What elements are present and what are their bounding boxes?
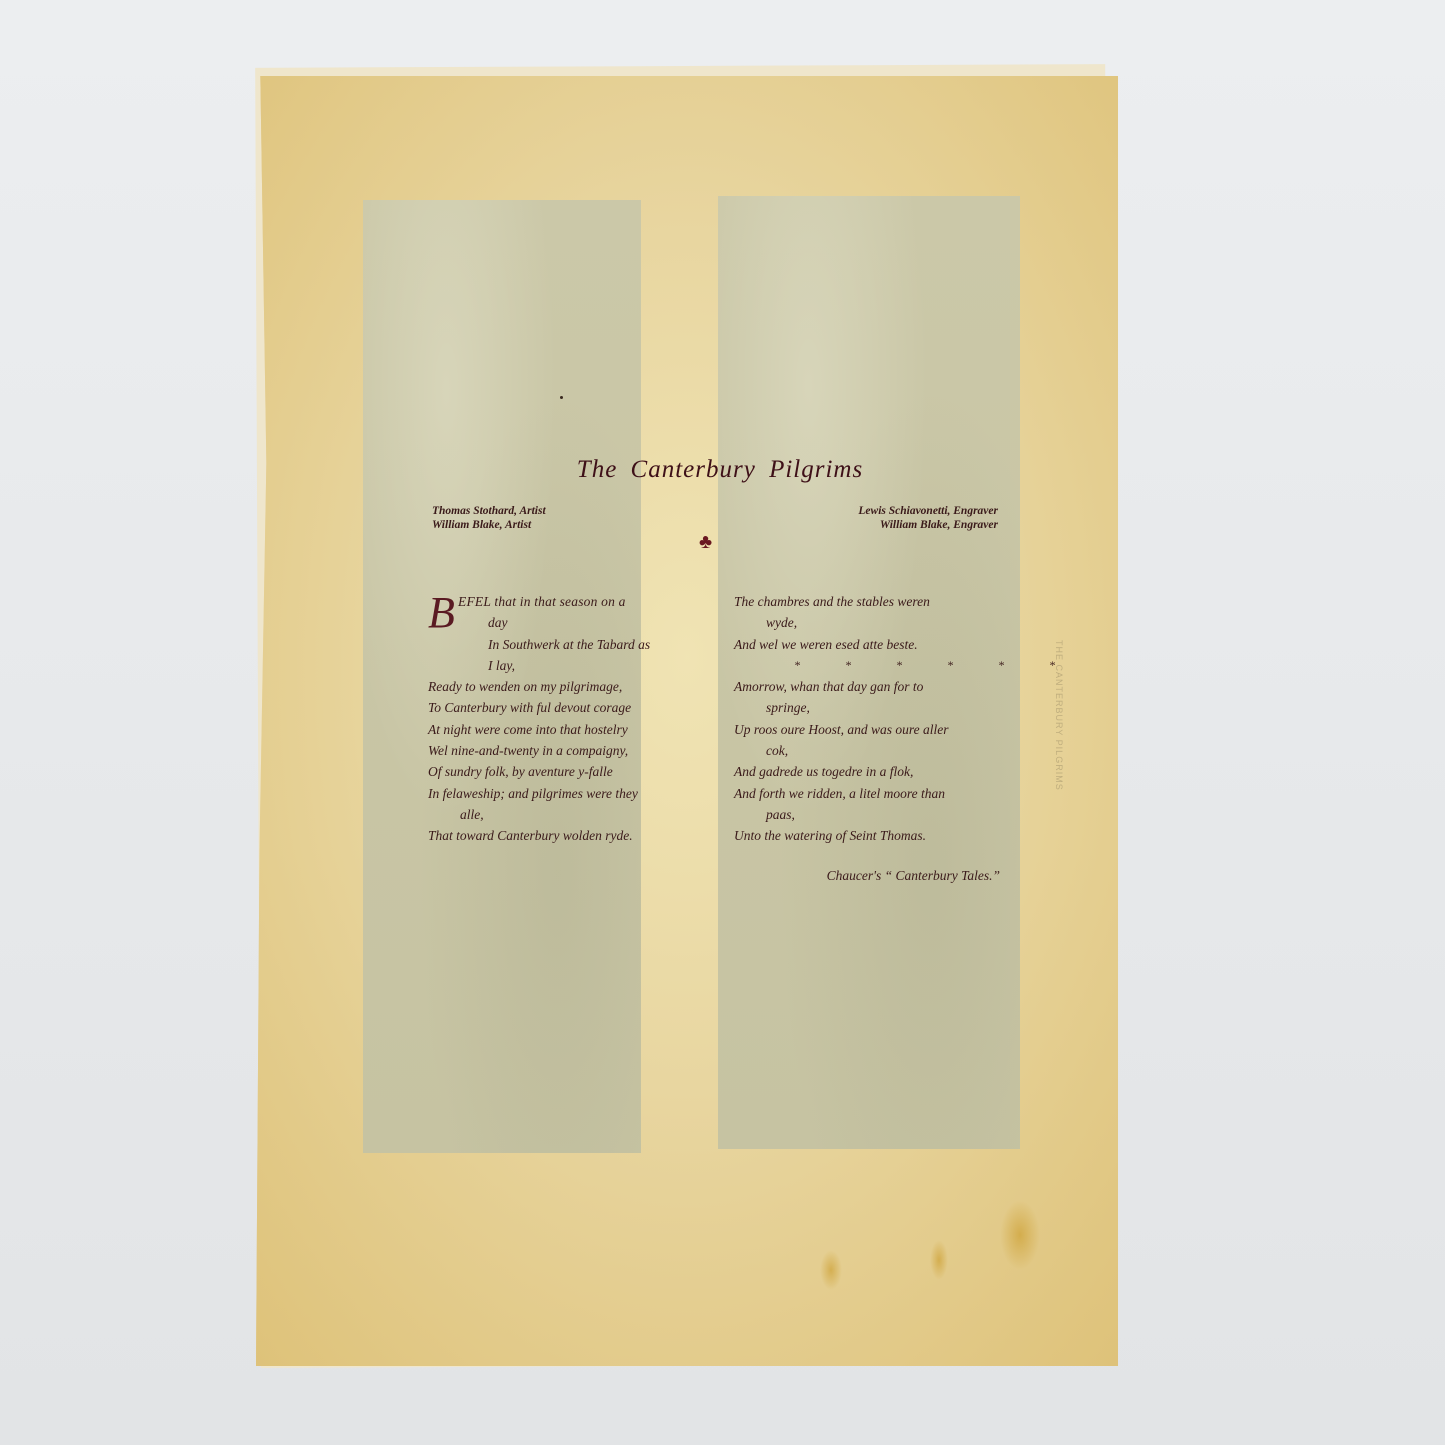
show-through-spine-text: THE CANTERBURY PILGRIMS [1050, 640, 1064, 800]
credit-line: Thomas Stothard, Artist [432, 504, 546, 518]
poem-line: * * * * * * [734, 655, 1004, 676]
poem-line: In Southwerk at the Tabard as [428, 634, 698, 655]
poem-line: day [428, 612, 698, 633]
poem-attribution: Chaucer's “ Canterbury Tales.” [734, 865, 1004, 886]
poem-line: And wel we weren esed atte beste. [734, 634, 1004, 655]
poem-line: Unto the watering of Seint Thomas. [734, 825, 1004, 846]
poem-line: alle, [428, 804, 698, 825]
poem-column-right: The chambres and the stables werenwyde,A… [734, 591, 1004, 886]
poem-line: wyde, [734, 612, 1004, 633]
poem-line: That toward Canterbury wolden ryde. [428, 825, 698, 846]
print-content: The Canterbury Pilgrims Thomas Stothard,… [0, 0, 1445, 1445]
poem-line: Amorrow, whan that day gan for to [734, 676, 1004, 697]
credits-artists: Thomas Stothard, Artist William Blake, A… [432, 504, 546, 532]
poem-line: The chambres and the stables weren [734, 591, 1004, 612]
poem-line: EFEL that in that season on a [428, 591, 698, 612]
club-ornament-icon: ♣ [699, 532, 712, 552]
poem-line: springe, [734, 697, 1004, 718]
poem-line: cok, [734, 740, 1004, 761]
poem-line: And forth we ridden, a litel moore than [734, 783, 1004, 804]
poem-line: paas, [734, 804, 1004, 825]
poem-line: At night were come into that hostelry [428, 719, 698, 740]
poem-line: Up roos oure Hoost, and was oure aller [734, 719, 1004, 740]
credit-line: William Blake, Engraver [790, 518, 998, 532]
poem-line: Of sundry folk, by aventure y-falle [428, 761, 698, 782]
poem-line: Ready to wenden on my pilgrimage, [428, 676, 698, 697]
poem-line: I lay, [428, 655, 698, 676]
credit-line: William Blake, Artist [432, 518, 546, 532]
poem-line: Wel nine-and-twenty in a compaigny, [428, 740, 698, 761]
credits-engravers: Lewis Schiavonetti, Engraver William Bla… [790, 504, 998, 532]
poem-column-left: EFEL that in that season on adayIn South… [428, 591, 698, 847]
poem-line: And gadrede us togedre in a flok, [734, 761, 1004, 782]
poem-line: To Canterbury with ful devout corage [428, 697, 698, 718]
page-title: The Canterbury Pilgrims [560, 456, 880, 484]
poem-line: In felaweship; and pilgrimes were they [428, 783, 698, 804]
credit-line: Lewis Schiavonetti, Engraver [790, 504, 998, 518]
